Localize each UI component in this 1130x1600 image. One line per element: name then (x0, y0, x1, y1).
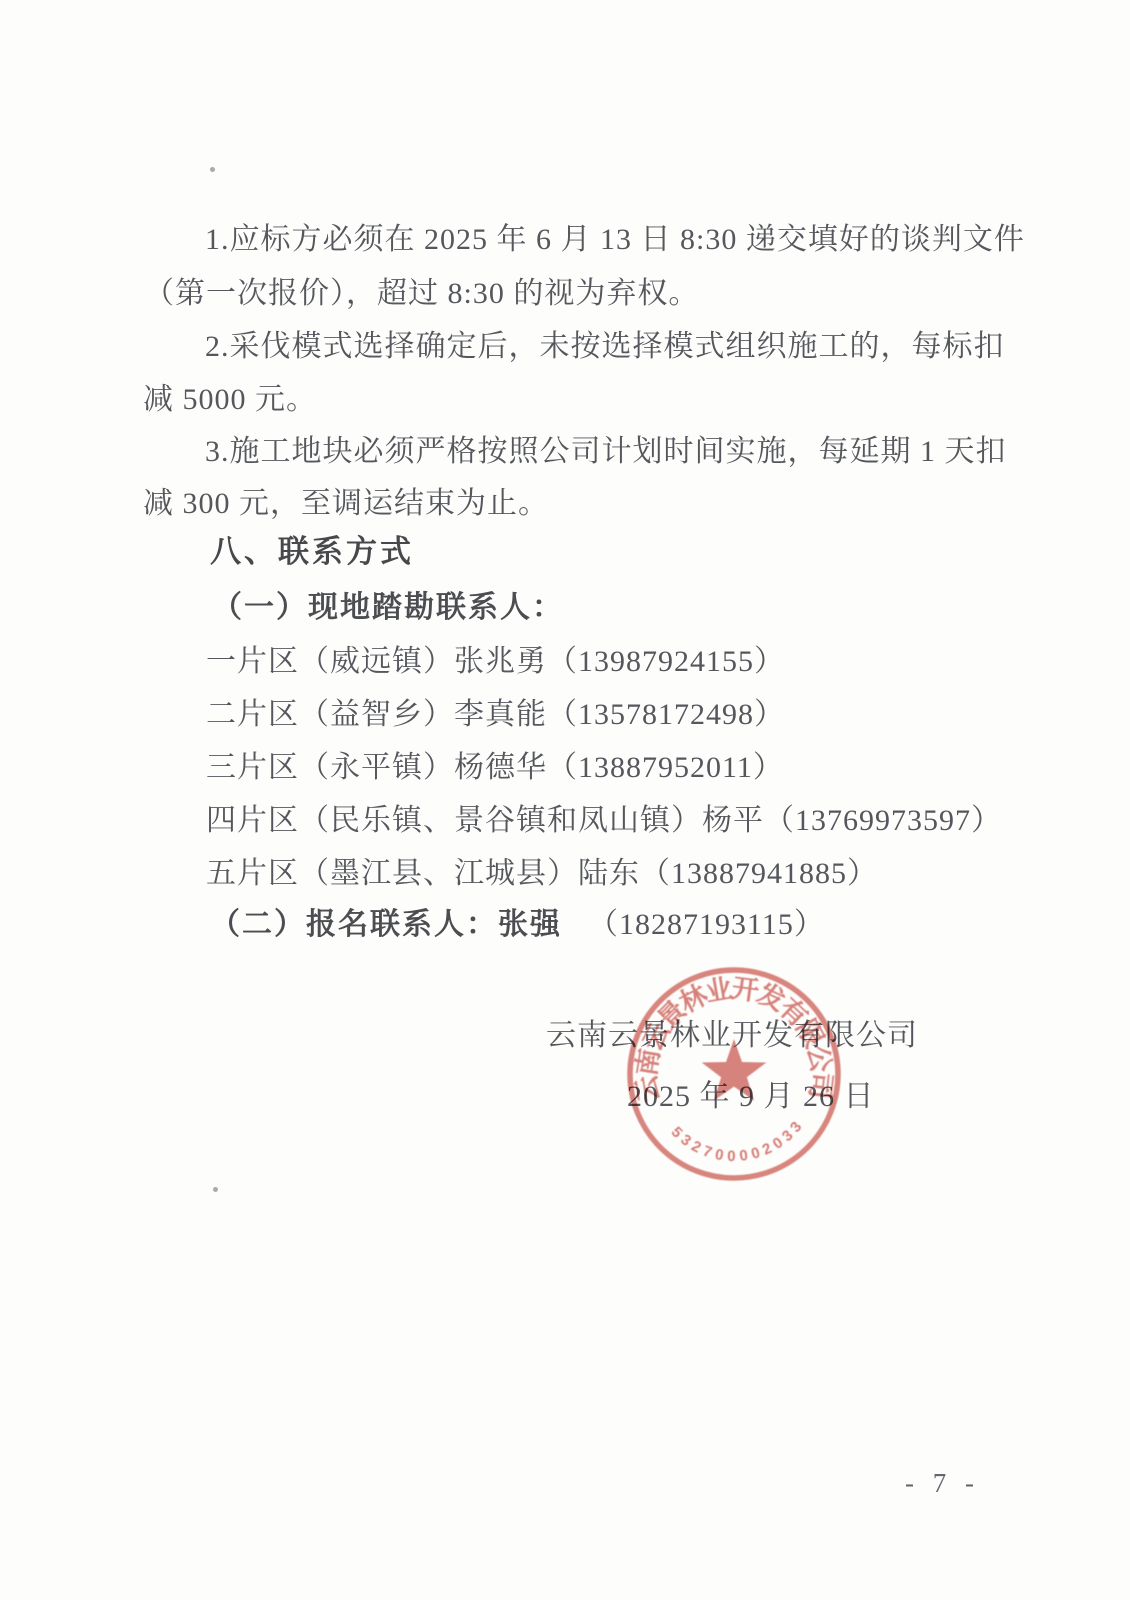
contact-line-district-4: 四片区（民乐镇、景谷镇和凤山镇）杨平（13769973597） (206, 803, 1002, 839)
subheading-site-survey-contacts: （一）现地踏勘联系人： (212, 590, 564, 626)
signature-company-name: 云南云景林业开发有限公司 (546, 1018, 918, 1054)
scan-speck (213, 1187, 218, 1192)
scan-speck (210, 167, 215, 172)
contact-line-district-5: 五片区（墨江县、江城县）陆东（13887941885） (206, 856, 878, 892)
company-seal: 云南云景林业开发有限公司 532700002033 (618, 958, 850, 1190)
paragraph-2-line-2: 减 5000 元。 (143, 382, 317, 418)
registration-contact-line: （二）报名联系人：张强（18287193115） (210, 907, 825, 943)
page-number: - 7 - (905, 1468, 980, 1499)
registration-contact-name: 张强 (498, 908, 562, 941)
paragraph-1-line-1: 1.应标方必须在 2025 年 6 月 13 日 8:30 递交填好的谈判文件 (205, 222, 1025, 258)
contact-line-district-2: 二片区（益智乡）李真能（13578172498） (206, 697, 785, 733)
registration-contact-label: （二）报名联系人： (210, 908, 498, 941)
paragraph-1-line-2: （第一次报价），超过 8:30 的视为弃权。 (144, 276, 699, 312)
seal-serial-number: 532700002033 (668, 1117, 807, 1165)
svg-text:532700002033: 532700002033 (668, 1117, 807, 1165)
registration-contact-phone: （18287193115） (588, 908, 825, 941)
company-seal-graphic: 云南云景林业开发有限公司 532700002033 (618, 958, 850, 1190)
section-heading-contact-info: 八、联系方式 (210, 534, 414, 570)
paragraph-3-line-1: 3.施工地块必须严格按照公司计划时间实施，每延期 1 天扣 (205, 434, 1007, 470)
signature-date: 2025 年 9 月 26 日 (627, 1079, 875, 1115)
paragraph-3-line-2: 减 300 元，至调运结束为止。 (143, 486, 549, 522)
contact-line-district-1: 一片区（威远镇）张兆勇（13987924155） (206, 644, 785, 680)
document-page: 1.应标方必须在 2025 年 6 月 13 日 8:30 递交填好的谈判文件 … (0, 0, 1130, 1600)
contact-line-district-3: 三片区（永平镇）杨德华（13887952011） (206, 750, 784, 786)
seal-ring (630, 970, 838, 1178)
paragraph-2-line-1: 2.采伐模式选择确定后，未按选择模式组织施工的，每标扣 (205, 329, 1005, 365)
